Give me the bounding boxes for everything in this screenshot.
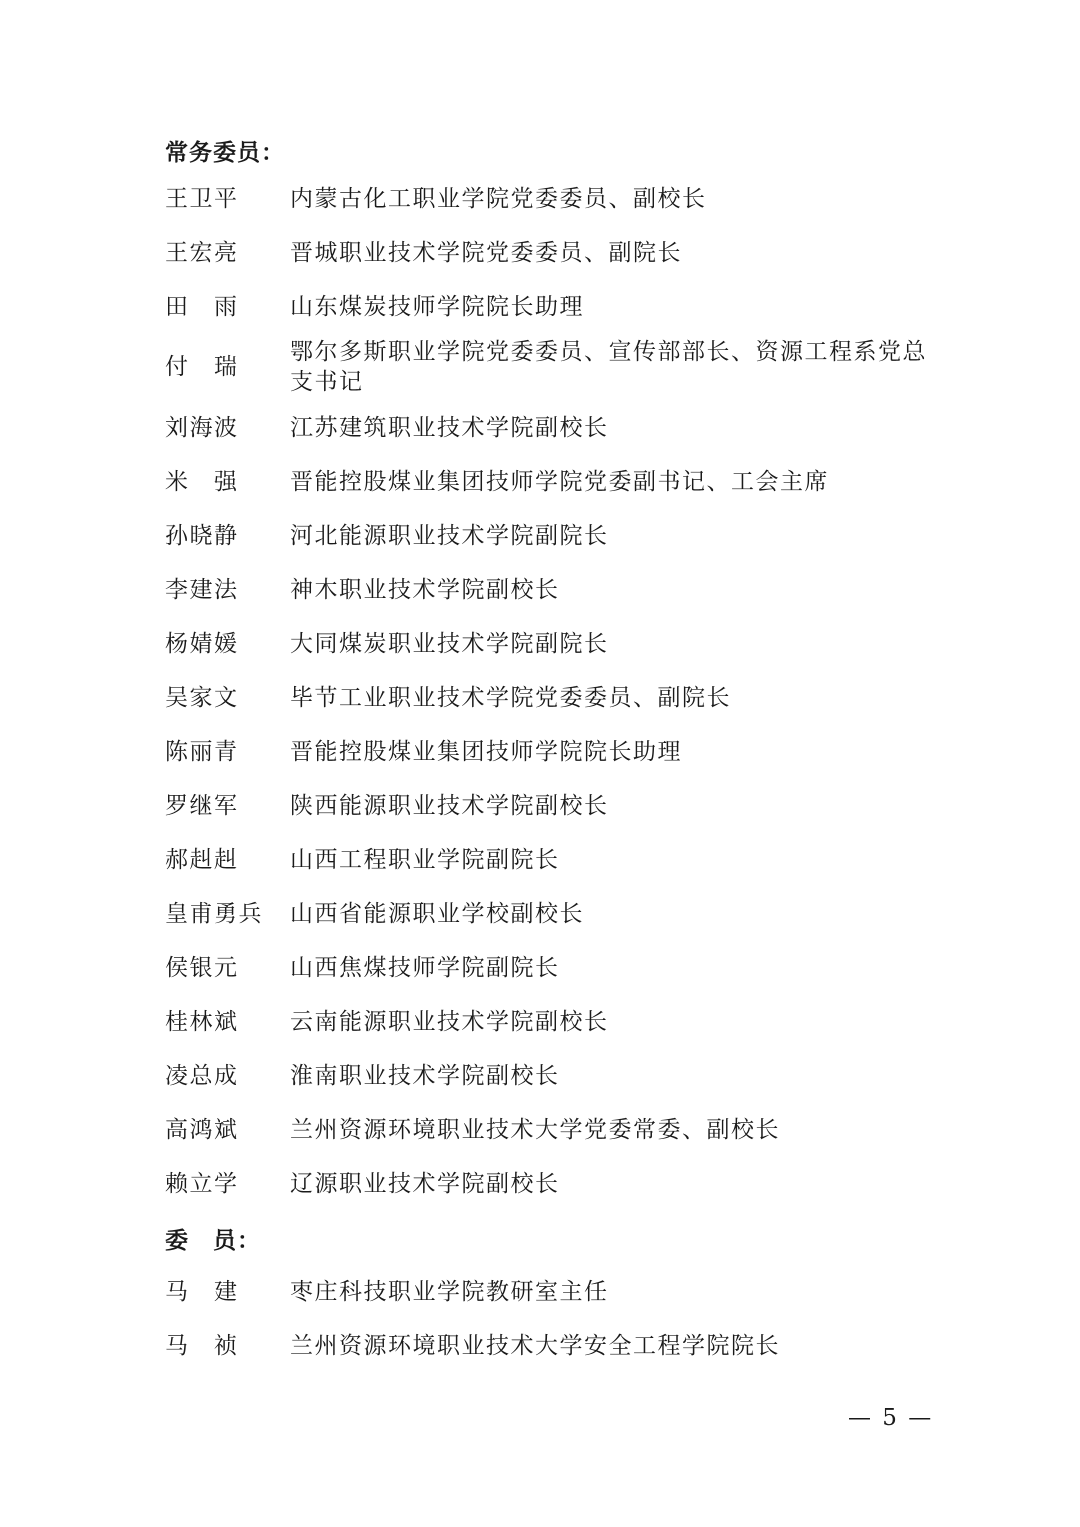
member-name: 侯银元 <box>165 953 290 983</box>
member-title: 毕节工业职业技术学院党委委员、副院长 <box>290 683 945 713</box>
member-name: 孙晓静 <box>165 521 290 551</box>
document-page: 常务委员： 王卫平 内蒙古化工职业学院党委委员、副校长 王宏亮 晋城职业技术学院… <box>0 0 1080 1527</box>
page-number: — 5 — <box>848 1405 933 1431</box>
member-row: 桂林斌 云南能源职业技术学院副校长 <box>165 1007 945 1037</box>
member-name: 高鸿斌 <box>165 1115 290 1145</box>
member-name: 桂林斌 <box>165 1007 290 1037</box>
section-heading-standing-members: 常务委员： <box>165 138 285 168</box>
member-row: 马 祯 兰州资源环境职业技术大学安全工程学院院长 <box>165 1331 945 1361</box>
member-title: 神木职业技术学院副校长 <box>290 575 945 605</box>
member-row: 高鸿斌 兰州资源环境职业技术大学党委常委、副校长 <box>165 1115 945 1145</box>
member-name: 杨婧媛 <box>165 629 290 659</box>
member-name: 罗继军 <box>165 791 290 821</box>
member-row: 孙晓静 河北能源职业技术学院副院长 <box>165 521 945 551</box>
member-name: 陈丽青 <box>165 737 290 767</box>
member-row: 侯银元 山西焦煤技师学院副院长 <box>165 953 945 983</box>
member-title: 淮南职业技术学院副校长 <box>290 1061 945 1091</box>
member-row: 李建法 神木职业技术学院副校长 <box>165 575 945 605</box>
member-row: 吴家文 毕节工业职业技术学院党委委员、副院长 <box>165 683 945 713</box>
member-title: 鄂尔多斯职业学院党委委员、宣传部部长、资源工程系党总支书记 <box>290 337 945 397</box>
member-row: 赖立学 辽源职业技术学院副校长 <box>165 1169 945 1199</box>
member-name: 马 建 <box>165 1277 290 1307</box>
member-title: 枣庄科技职业学院教研室主任 <box>290 1277 945 1307</box>
member-title: 晋能控股煤业集团技师学院院长助理 <box>290 737 945 767</box>
member-name: 吴家文 <box>165 683 290 713</box>
member-name: 田 雨 <box>165 292 290 322</box>
member-row: 郝赳赳 山西工程职业学院副院长 <box>165 845 945 875</box>
member-row: 皇甫勇兵 山西省能源职业学校副校长 <box>165 899 945 929</box>
member-title: 晋能控股煤业集团技师学院党委副书记、工会主席 <box>290 467 945 497</box>
member-name: 付 瑞 <box>165 352 290 382</box>
member-title: 内蒙古化工职业学院党委委员、副校长 <box>290 184 945 214</box>
member-title: 江苏建筑职业技术学院副校长 <box>290 413 945 443</box>
member-row: 刘海波 江苏建筑职业技术学院副校长 <box>165 413 945 443</box>
member-title: 河北能源职业技术学院副院长 <box>290 521 945 551</box>
member-row: 凌总成 淮南职业技术学院副校长 <box>165 1061 945 1091</box>
member-name: 刘海波 <box>165 413 290 443</box>
member-name: 马 祯 <box>165 1331 290 1361</box>
member-row: 付 瑞 鄂尔多斯职业学院党委委员、宣传部部长、资源工程系党总支书记 <box>165 337 945 397</box>
member-name: 赖立学 <box>165 1169 290 1199</box>
member-title: 兰州资源环境职业技术大学安全工程学院院长 <box>290 1331 945 1361</box>
member-name: 郝赳赳 <box>165 845 290 875</box>
member-title: 辽源职业技术学院副校长 <box>290 1169 945 1199</box>
member-name: 皇甫勇兵 <box>165 899 290 929</box>
member-row: 米 强 晋能控股煤业集团技师学院党委副书记、工会主席 <box>165 467 945 497</box>
member-title: 山东煤炭技师学院院长助理 <box>290 292 945 322</box>
member-row: 陈丽青 晋能控股煤业集团技师学院院长助理 <box>165 737 945 767</box>
member-row: 马 建 枣庄科技职业学院教研室主任 <box>165 1277 945 1307</box>
member-name: 王宏亮 <box>165 238 290 268</box>
member-row: 罗继军 陕西能源职业技术学院副校长 <box>165 791 945 821</box>
member-title: 云南能源职业技术学院副校长 <box>290 1007 945 1037</box>
member-title: 山西工程职业学院副院长 <box>290 845 945 875</box>
member-title: 山西省能源职业学校副校长 <box>290 899 945 929</box>
member-row: 王宏亮 晋城职业技术学院党委委员、副院长 <box>165 238 945 268</box>
member-title: 陕西能源职业技术学院副校长 <box>290 791 945 821</box>
member-row: 王卫平 内蒙古化工职业学院党委委员、副校长 <box>165 184 945 214</box>
member-row: 田 雨 山东煤炭技师学院院长助理 <box>165 292 945 322</box>
member-title: 晋城职业技术学院党委委员、副院长 <box>290 238 945 268</box>
member-name: 米 强 <box>165 467 290 497</box>
member-row: 杨婧媛 大同煤炭职业技术学院副院长 <box>165 629 945 659</box>
member-name: 王卫平 <box>165 184 290 214</box>
member-title: 大同煤炭职业技术学院副院长 <box>290 629 945 659</box>
member-name: 凌总成 <box>165 1061 290 1091</box>
section-heading-members: 委 员： <box>165 1226 261 1256</box>
member-name: 李建法 <box>165 575 290 605</box>
member-title: 山西焦煤技师学院副院长 <box>290 953 945 983</box>
member-title: 兰州资源环境职业技术大学党委常委、副校长 <box>290 1115 945 1145</box>
